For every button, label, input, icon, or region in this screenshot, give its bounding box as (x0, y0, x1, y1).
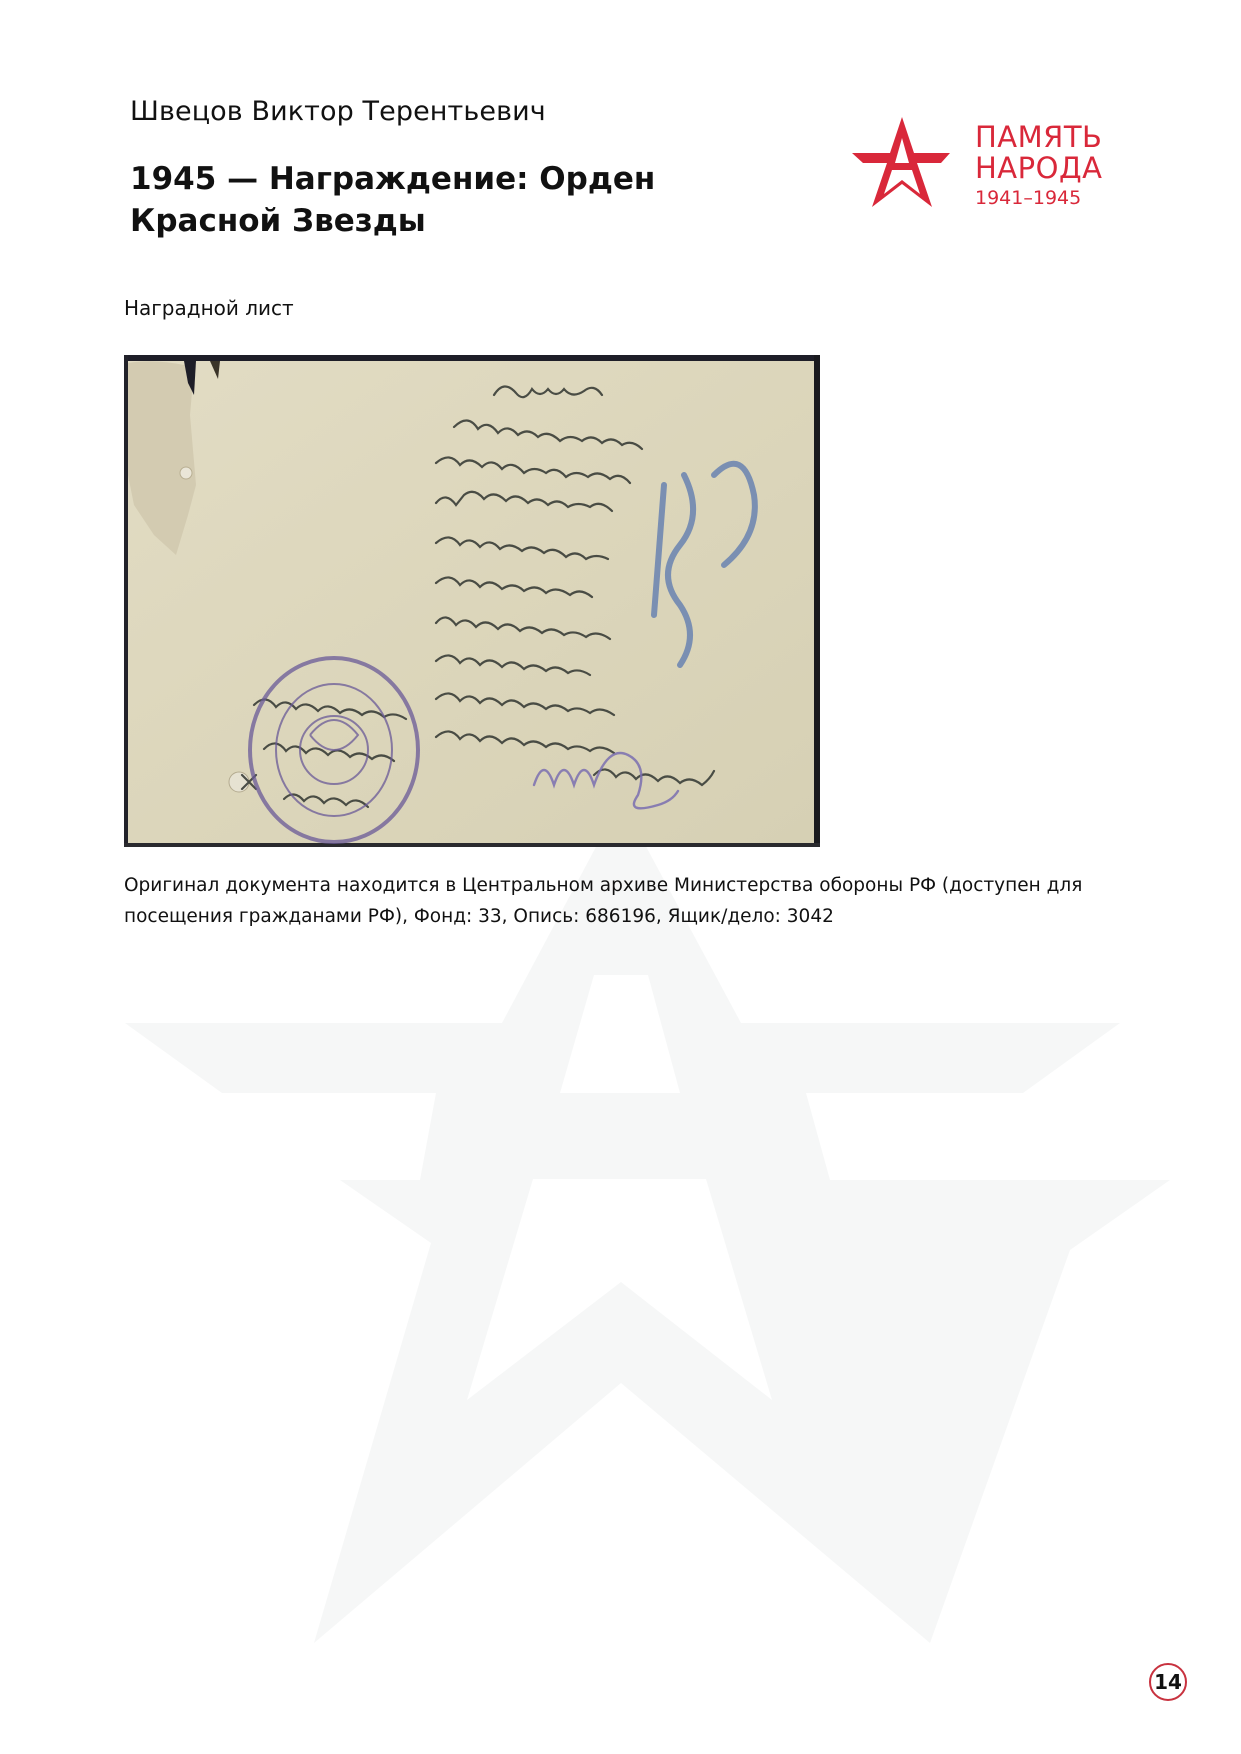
logo-line1: ПАМЯТЬ (975, 122, 1102, 153)
award-document-scan[interactable] (124, 355, 820, 847)
section-label: Наградной лист (124, 296, 294, 320)
page-number: 14 (1149, 1663, 1187, 1701)
archive-caption: Оригинал документа находится в Центральн… (124, 870, 1124, 932)
logo-line2: НАРОДА (975, 153, 1102, 184)
document-scan-image (124, 355, 820, 847)
pamyat-naroda-logo[interactable]: ПАМЯТЬ НАРОДА 1941–1945 (848, 114, 1128, 214)
award-title: 1945 — Награждение: Орден Красной Звезды (130, 158, 770, 242)
red-star-icon (848, 114, 954, 210)
person-name: Швецов Виктор Терентьевич (130, 96, 546, 127)
logo-text: ПАМЯТЬ НАРОДА 1941–1945 (975, 122, 1102, 211)
logo-years: 1941–1945 (975, 185, 1102, 211)
